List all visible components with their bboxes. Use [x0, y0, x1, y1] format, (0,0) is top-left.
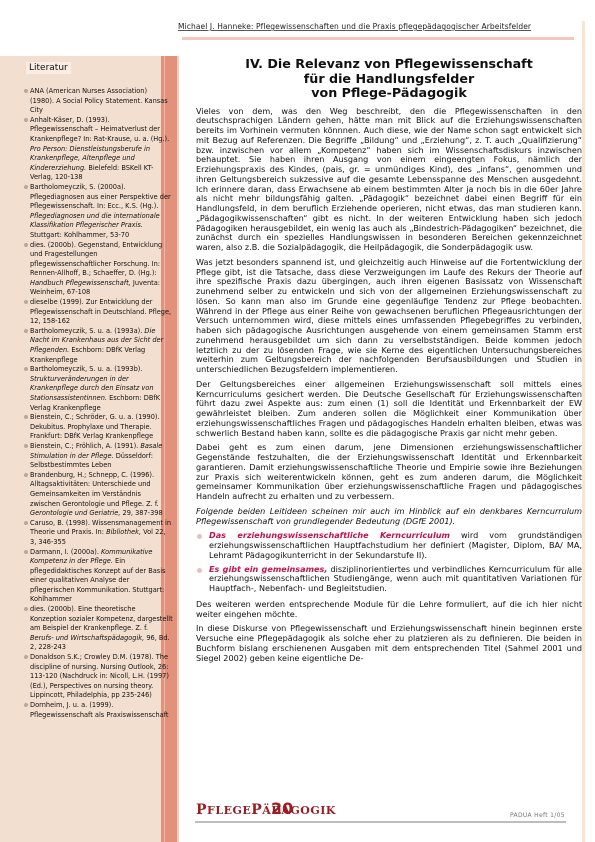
main-column: IV. Die Relevanz von Pflegewissenschaft … — [196, 57, 582, 668]
bullet-item: Das erziehungswissenschaftliche Kerncurr… — [196, 531, 582, 560]
reference-tail: 29, 387-398 — [120, 509, 162, 517]
reference-author: Bienstein, C.; Schröder, G. u. a. — [30, 413, 133, 421]
reference-title: Bibliothek, — [106, 528, 141, 536]
body-paragraph: Dabei geht es zum einen darum, jene Dime… — [196, 443, 582, 502]
reference-item: Brandenburg, H.; Schnepp, C. (1996). All… — [30, 471, 173, 519]
reference-author: Darmann, I. — [30, 548, 69, 556]
body-paragraph: Vieles von dem, was den Weg beschreibt, … — [196, 107, 582, 253]
reference-author: Brandenburg, H.; Schnepp, C. — [30, 471, 128, 479]
body-paragraph: Der Geltungsbereiches einer allgemeinen … — [196, 380, 582, 439]
reference-text: (1991). — [112, 442, 140, 450]
bullet-emphasis: Es gibt ein gemeinsames, — [209, 564, 327, 574]
section-title-line: von Pflege-Pädagogik — [196, 86, 582, 101]
bullet-icon — [24, 703, 28, 707]
logo-initial: P — [251, 802, 262, 818]
bullet-list: Das erziehungswissenschaftliche Kerncurr… — [196, 531, 582, 594]
reference-item: Darmann, I. (2000a). Kommunikative Kompe… — [30, 548, 173, 606]
bullet-icon — [24, 185, 28, 189]
section-title-line: für die Handlungsfelder — [196, 72, 582, 87]
bullet-icon — [197, 568, 202, 573]
reference-author: Donaldson S.K.; Crowley D.M. — [30, 653, 128, 661]
reference-item: dies. (2000b). Gegenstand, Entwicklung u… — [30, 241, 173, 299]
page-number: 20 — [271, 799, 293, 818]
reference-item: Anhalt-Käser, D. (1993). Pflegewissensch… — [30, 116, 173, 183]
reference-title: Pflegediagnosen und die internationale K… — [30, 212, 160, 230]
bullet-icon — [24, 655, 28, 659]
reference-author: Bartholomeyczik, S. — [30, 183, 96, 191]
reference-author: Caruso, B. — [30, 519, 64, 527]
bullet-emphasis: Das erziehungswissenschaftliche Kerncurr… — [209, 530, 450, 540]
reference-item: Dornheim, J. u. a. (1999). Pflegewissens… — [30, 701, 173, 720]
reference-author: dies. — [30, 605, 46, 613]
bullet-icon — [24, 243, 28, 247]
footer-rule — [195, 821, 566, 823]
reference-author: Anhalt-Käser, D. — [30, 116, 84, 124]
bullet-icon — [24, 444, 28, 448]
reference-title: Berufs- und Wirtschaftspädagogik, — [30, 634, 144, 642]
bullet-icon — [24, 329, 28, 333]
reference-text: (1993a). — [112, 327, 144, 335]
literature-heading: Literatur — [26, 62, 71, 74]
bullet-item: Es gibt ein gemeinsames, disziplinorient… — [196, 565, 582, 594]
body-paragraph: Des weiteren werden entsprechende Module… — [196, 600, 582, 620]
reference-item: Bartholomeyczik, S. (2000a). Pflegediagn… — [30, 183, 173, 241]
reference-list: ANA (American Nurses Association) (1980)… — [30, 87, 173, 720]
journal-logo: PFLEGEPÄDAGOGIK — [196, 802, 336, 818]
reference-author: dies. — [30, 241, 46, 249]
reference-author: Dornheim, J. u. a. — [30, 701, 87, 709]
section-title: IV. Die Relevanz von Pflegewissenschaft … — [196, 57, 582, 101]
bullet-icon — [24, 521, 28, 525]
reference-author: Bartholomeyczik, S. u. a. — [30, 365, 112, 373]
reference-item: dies. (2000b). Eine theoretische Konzept… — [30, 605, 173, 653]
reference-item: Bartholomeyczik, S. u. a. (1993b). Struk… — [30, 365, 173, 413]
reference-item: dieselbe (1999). Zur Entwicklung der Pfl… — [30, 298, 173, 327]
reference-author: Bartholomeyczik, S. u. a. — [30, 327, 112, 335]
decorative-stripe-light — [177, 56, 179, 842]
section-title-line: IV. Die Relevanz von Pflegewissenschaft — [196, 57, 582, 72]
reference-item: Bienstein, C.; Schröder, G. u. a. (1990)… — [30, 413, 173, 442]
issue-label: PADUA Heft 1/05 — [510, 812, 565, 819]
reference-item: Bartholomeyczik, S. u. a. (1993a). Die N… — [30, 327, 173, 365]
reference-tail: Stuttgart: Kohlhammer, 53-70 — [30, 231, 129, 239]
italic-intro: Folgende beiden Leitideen scheinen mir a… — [196, 507, 582, 527]
reference-text: (2000b). Eine theoretische Konzeption so… — [30, 605, 173, 632]
bullet-icon — [24, 118, 28, 122]
right-margin-stripe — [582, 21, 585, 842]
running-head-rule — [182, 37, 574, 40]
bullet-icon — [24, 550, 28, 554]
running-head: Michael J. Hanneke: Pflegewissenschaften… — [178, 22, 578, 31]
reference-author: Bienstein, C.; Fröhlich, A. — [30, 442, 112, 450]
reference-text: (2000a). — [69, 548, 101, 556]
body-paragraph: In diese Diskurse von Pflegewissenschaft… — [196, 624, 582, 663]
logo-initial: P — [196, 802, 207, 818]
reference-author: ANA (American Nurses Association) — [30, 87, 147, 95]
reference-item: ANA (American Nurses Association) (1980)… — [30, 87, 173, 116]
reference-item: Caruso, B. (1998). Wissensmanagement in … — [30, 519, 173, 548]
reference-text: (1993b). — [112, 365, 142, 373]
bullet-icon — [24, 89, 28, 93]
body-paragraph: Was jetzt besonders spannend ist, und gl… — [196, 258, 582, 375]
reference-title: Handbuch Pflegewissenschaft, — [30, 279, 131, 287]
reference-title: Gerontologie und Geriatrie, — [30, 509, 120, 517]
reference-text: (1980). A Social Policy Statement. Kansa… — [30, 97, 168, 115]
reference-text: (2000b). Gegenstand, Entwicklung und Fra… — [30, 241, 162, 278]
bullet-icon — [24, 473, 28, 477]
logo-text: FLEGE — [207, 804, 251, 817]
reference-item: Bienstein, C.; Fröhlich, A. (1991). Basa… — [30, 442, 173, 471]
reference-author: dieselbe — [30, 298, 58, 306]
bullet-icon — [197, 534, 202, 539]
reference-item: Donaldson S.K.; Crowley D.M. (1978). The… — [30, 653, 173, 701]
